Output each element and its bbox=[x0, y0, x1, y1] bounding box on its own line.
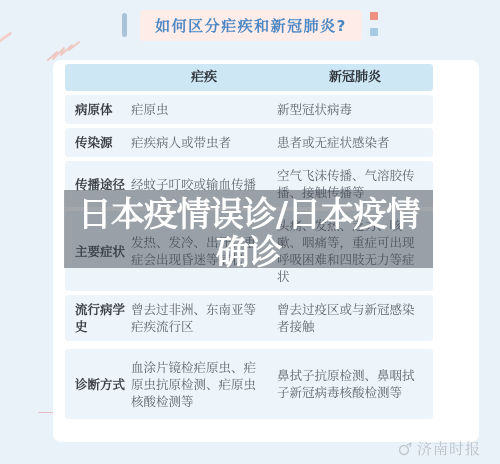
column-header-malaria: 疟疾 bbox=[131, 64, 277, 91]
page-title: 如何区分疟疾和新冠肺炎? bbox=[140, 10, 362, 41]
row-label: 传染源 bbox=[65, 134, 131, 151]
header-accent-bar bbox=[122, 13, 127, 37]
row-label: 诊断方式 bbox=[65, 376, 131, 393]
cell-covid: 新型冠状病毒 bbox=[277, 101, 433, 118]
red-square-icon bbox=[370, 12, 378, 20]
cell-covid: 鼻拭子抗原检测、鼻咽拭子新冠病毒核酸检测等 bbox=[277, 367, 433, 401]
row-label: 病原体 bbox=[65, 101, 131, 118]
table-row-epidemiology: 流行病学史 曾去过非洲、东南亚等疟疾流行区 曾去过疫区或与新冠感染者接触 bbox=[65, 295, 433, 341]
cell-covid: 患者或无症状感染者 bbox=[277, 134, 433, 151]
header: 如何区分疟疾和新冠肺炎? bbox=[0, 9, 500, 41]
table-header-row: 疟疾 新冠肺炎 bbox=[65, 64, 433, 91]
cell-malaria: 疟原虫 bbox=[131, 101, 277, 118]
cell-malaria: 血涂片镜检疟原虫、疟原虫抗原检测、疟原虫核酸检测等 bbox=[131, 359, 277, 410]
publisher-watermark: 济南时报 bbox=[398, 438, 481, 459]
row-label: 流行病学史 bbox=[65, 301, 131, 335]
cell-malaria: 曾去过非洲、东南亚等疟疾流行区 bbox=[131, 301, 277, 335]
table-row-pathogen: 病原体 疟原虫 新型冠状病毒 bbox=[65, 95, 433, 124]
table-row-diagnosis: 诊断方式 血涂片镜检疟原虫、疟原虫抗原检测、疟原虫核酸检测等 鼻拭子抗原检测、鼻… bbox=[65, 349, 433, 419]
cell-covid: 曾去过疫区或与新冠感染者接触 bbox=[277, 301, 433, 335]
column-header-covid: 新冠肺炎 bbox=[277, 64, 433, 91]
header-accent-squares bbox=[370, 12, 378, 36]
table-row-infection-source: 传染源 疟疾病人或带虫者 患者或无症状感染者 bbox=[65, 128, 433, 157]
watermark-overlay-band: 日本疫情误诊/日本疫情确诊 bbox=[64, 190, 433, 268]
jinan-times-logo-icon bbox=[398, 442, 414, 456]
cell-malaria: 疟疾病人或带虫者 bbox=[131, 134, 277, 151]
watermark-overlay-text: 日本疫情误诊/日本疫情确诊 bbox=[64, 196, 433, 272]
blue-square-icon bbox=[370, 28, 378, 36]
publisher-watermark-text: 济南时报 bbox=[417, 438, 481, 459]
